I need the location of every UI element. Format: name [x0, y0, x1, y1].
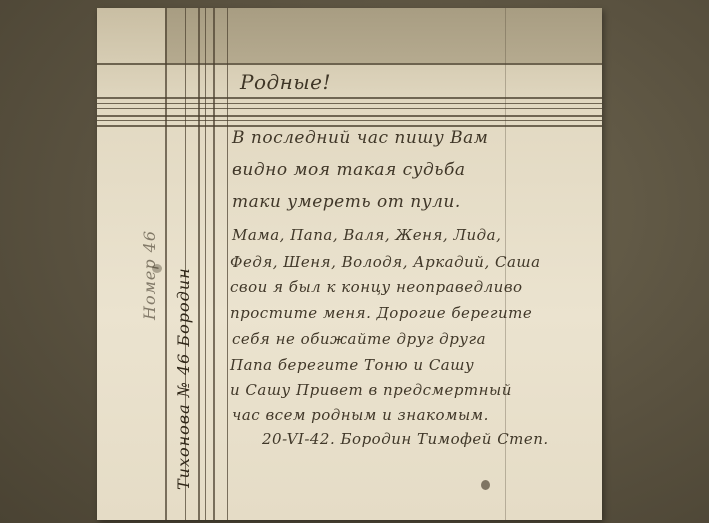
- woven-stripe: [205, 8, 206, 520]
- outer-vertical-inscription: Номер 46: [140, 230, 159, 320]
- letter-line: Мама, Папа, Валя, Женя, Лида,: [232, 226, 501, 244]
- handkerchief-top-band: [165, 8, 602, 63]
- letter-line: Федя, Шеня, Володя, Аркадий, Саша: [230, 253, 541, 271]
- letter-signature-line: 20-VI-42. Бородин Тимофей Степ.: [262, 430, 549, 448]
- letter-line: час всем родным и знакомым.: [232, 406, 489, 424]
- woven-stripe: [97, 115, 602, 117]
- letter-line: себя не обижайте друг друга: [232, 330, 486, 348]
- woven-stripe: [198, 8, 200, 520]
- letter-line: В последний час пишу Вам: [232, 128, 488, 148]
- woven-stripe: [165, 8, 167, 520]
- letter-greeting: Родные!: [240, 70, 331, 94]
- letter-line: свои я был к концу неоправедливо: [230, 278, 523, 296]
- woven-stripe: [97, 125, 602, 127]
- woven-stripe: [97, 108, 602, 109]
- letter-line: и Сашу Привет в предсмертный: [230, 381, 512, 399]
- stain-mark: [152, 264, 162, 273]
- woven-stripe: [213, 8, 215, 520]
- woven-stripe: [227, 8, 228, 520]
- woven-stripe: [97, 63, 602, 65]
- stain-mark: [481, 480, 490, 490]
- letter-line: Папа берегите Тоню и Сашу: [230, 356, 474, 374]
- woven-stripe: [97, 97, 602, 99]
- woven-stripe: [97, 103, 602, 104]
- letter-line: видно моя такая судьба: [232, 160, 466, 180]
- woven-stripe: [97, 120, 602, 121]
- letter-line: таки умереть от пули.: [232, 192, 461, 212]
- letter-line: простите меня. Дорогие берегите: [230, 304, 532, 322]
- inner-vertical-inscription: Тихонова № 46 Бородин: [174, 267, 193, 490]
